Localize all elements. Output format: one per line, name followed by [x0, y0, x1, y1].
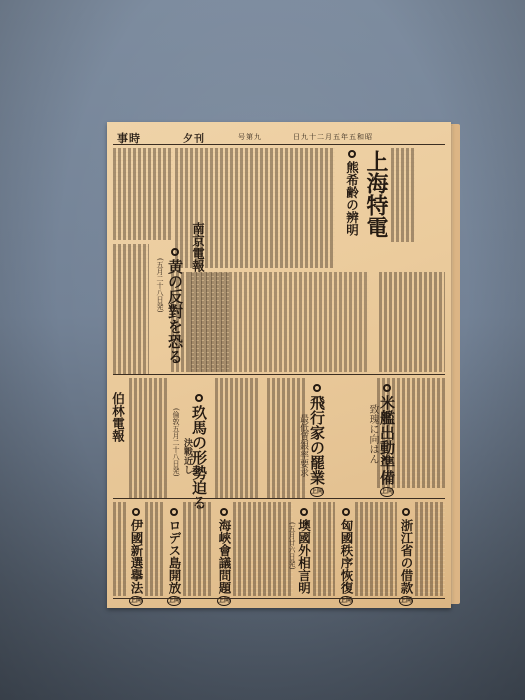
bullet-icon	[195, 394, 203, 402]
article-text	[415, 502, 445, 596]
column-rule	[113, 374, 445, 375]
bullet-icon	[348, 150, 356, 158]
article-text	[113, 244, 149, 374]
masthead-page-label: 夕刊	[183, 130, 205, 145]
article-text	[113, 148, 173, 240]
badge: 上同	[310, 487, 324, 497]
dateline-austria-fm: (五月廿六日発)	[287, 522, 297, 569]
article-text	[189, 272, 369, 372]
dateline-mahjong: (倫敦五月二十八日発)	[171, 408, 181, 476]
bullet-icon	[383, 384, 391, 392]
bullet-icon	[132, 508, 140, 516]
masthead-date: 日九十二月五年五和昭	[293, 132, 373, 142]
bullet-icon	[313, 384, 321, 392]
headline-shanghai: 上海特電	[365, 150, 387, 238]
headline-nanking-kicker: 南京電報	[191, 222, 204, 272]
bullet-icon	[171, 248, 179, 256]
headline-order-restore: 匈國秩序恢復上同	[339, 508, 353, 606]
masthead-title: 事時	[117, 130, 141, 146]
subhead-us-warships: 致瑰に向はん	[365, 404, 380, 464]
headline-us-warships: 米艦出動準備上同	[379, 384, 394, 497]
article-text	[379, 272, 445, 372]
masthead: 事時 夕刊 号第九 日九十二月五年五和昭	[113, 130, 445, 145]
article-text	[233, 502, 293, 596]
article-text	[113, 502, 127, 596]
article-text	[417, 378, 445, 488]
article-text	[145, 502, 163, 596]
bullet-icon	[300, 508, 308, 516]
article-text	[129, 378, 169, 498]
badge: 上同	[380, 487, 394, 497]
bullet-icon	[220, 508, 228, 516]
article-text	[215, 378, 259, 498]
headline-zhejiang-loan: 浙江省の借款上同	[399, 508, 413, 606]
headline-berlin: 伯林電報	[111, 392, 124, 442]
headline-strait-conf: 海峽會議問題上同	[217, 508, 231, 606]
column-rule	[113, 498, 445, 499]
bottom-ad-strip	[113, 596, 445, 606]
headline-nanking: 黄の反對を恐る	[167, 248, 182, 364]
bullet-icon	[402, 508, 410, 516]
article-text	[313, 502, 335, 596]
headline-shanghai-sub: 熊希齢の辨明	[345, 150, 358, 236]
subhead-aviator: 最低賃銀率要求	[297, 414, 310, 477]
dateline-nanking: (五月二十八日発)	[155, 258, 165, 312]
subhead-mahjong: 決戰近し	[181, 438, 194, 474]
headline-aviator: 飛行家の罷業上同	[309, 384, 324, 497]
article-text	[183, 502, 211, 596]
headline-austria-fm: 墺國外相言明	[297, 508, 310, 594]
newspaper-page: 事時 夕刊 号第九 日九十二月五年五和昭 上海特電 熊希齢の辨明 南京電報 黄の…	[107, 122, 451, 608]
headline-rhodes: ロデス島開放上同	[167, 508, 181, 606]
bullet-icon	[342, 508, 350, 516]
headline-italy-election: 伊國新選擧法上同	[129, 508, 143, 606]
article-text	[355, 502, 397, 596]
masthead-issue: 号第九	[238, 132, 262, 142]
article-text	[391, 148, 415, 242]
bullet-icon	[170, 508, 178, 516]
